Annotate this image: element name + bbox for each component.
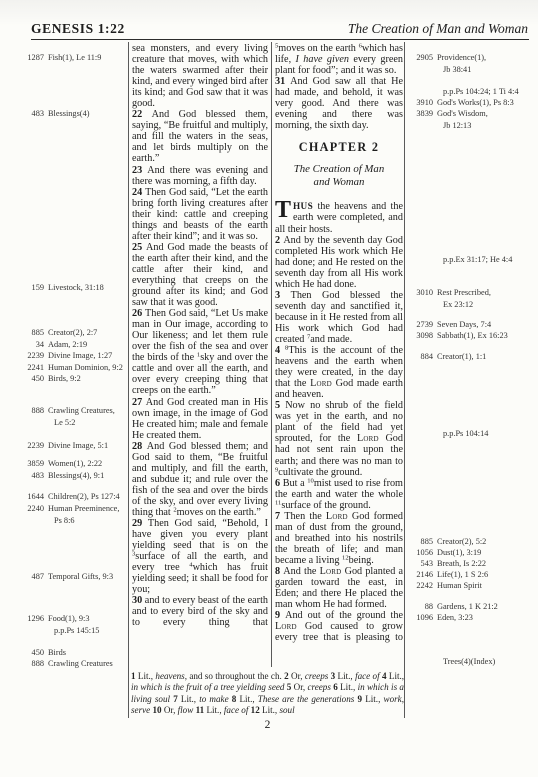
chain-reference-topic: Temporal Gifts, 9:3: [44, 572, 113, 581]
chain-reference: 88Gardens, 1 K 21:2: [406, 602, 537, 611]
drop-cap: T: [275, 201, 293, 221]
chain-reference: 1096Eden, 3:23: [406, 613, 537, 622]
chain-reference: 3910God's Works(1), Ps 8:3: [406, 98, 537, 107]
chain-reference: Trees(4)(Index): [406, 657, 537, 666]
chain-reference-number: 2241: [0, 363, 44, 372]
chain-reference: 3859Women(1), 2:22: [0, 459, 126, 468]
column2-verses-before: 5moves on the earth 6which has life, I h…: [275, 43, 403, 131]
chain-reference: 3010Rest Prescribed,: [406, 288, 537, 297]
chain-reference-number: 2239: [0, 441, 44, 450]
chain-reference-topic: p.p.Ps 145:15: [44, 626, 99, 635]
chain-reference-number: 483: [0, 471, 44, 480]
chain-reference: 450Birds: [0, 648, 126, 657]
verse-4: 4 8This is the account of the heavens an…: [275, 345, 403, 400]
chain-reference-number: 34: [0, 340, 44, 349]
chain-reference-number: 3910: [406, 98, 433, 107]
verse-27: 27 And God created man in His own image,…: [132, 397, 268, 441]
chain-reference-topic: Blessings(4), 9:1: [44, 471, 104, 480]
chain-reference-number: 2242: [406, 581, 433, 590]
verse-6: 6 But a 10mist used to rise from the ear…: [275, 478, 403, 511]
chain-reference: 1644Children(2), Ps 127:4: [0, 492, 126, 501]
chain-reference: 2905Providence(1),: [406, 53, 537, 62]
text-column-1: sea monsters, and every living creature …: [132, 43, 268, 667]
chain-reference-topic: Human Spirit: [433, 581, 482, 590]
chain-reference-topic: Life(1), 1 S 2:6: [433, 570, 488, 579]
chain-reference: 1287Fish(1), Le 11:9: [0, 53, 126, 62]
chain-reference-number: 3098: [406, 331, 433, 340]
chain-reference-number: 2239: [0, 351, 44, 360]
chain-reference-number: 88: [406, 602, 433, 611]
chain-reference-topic: Divine Image, 5:1: [44, 441, 108, 450]
chain-reference-topic: Ex 23:12: [433, 300, 473, 309]
running-head-reference: GENESIS 1:22: [31, 21, 125, 37]
chain-reference-topic: Jb 12:13: [433, 121, 471, 130]
chain-reference-number: 3859: [0, 459, 44, 468]
verse-31: 31 And God saw all that He had made, and…: [275, 76, 403, 131]
chain-reference: Ex 23:12: [406, 300, 537, 309]
chain-reference-number: 3839: [406, 109, 433, 118]
chain-reference-topic: Human Preeminence,: [44, 504, 119, 513]
chain-reference: p.p.Ps 104:24; 1 Ti 4:4: [406, 87, 537, 96]
chain-reference-topic: Birds: [44, 648, 66, 657]
verse-22: 22 And God blessed them, saying, “Be fru…: [132, 109, 268, 164]
chapter-heading: CHAPTER 2: [275, 142, 403, 153]
chain-reference: 885Creator(2), 2:7: [0, 328, 126, 337]
chain-reference-topic: Dust(1), 3:19: [433, 548, 481, 557]
bible-page: GENESIS 1:22 The Creation of Man and Wom…: [0, 0, 538, 777]
chain-reference: 487Temporal Gifts, 9:3: [0, 572, 126, 581]
chain-reference-number: 884: [406, 352, 433, 361]
chain-reference-topic: Divine Image, 1:27: [44, 351, 112, 360]
chain-reference-number: 2240: [0, 504, 44, 513]
chain-reference: 1056Dust(1), 3:19: [406, 548, 537, 557]
chain-reference-topic: Food(1), 9:3: [44, 614, 90, 623]
chain-reference-topic: Human Dominion, 9:2: [44, 363, 123, 372]
chain-reference-number: 888: [0, 659, 44, 668]
left-column-rule: [128, 42, 129, 718]
chain-reference: 483Blessings(4): [0, 109, 126, 118]
chain-reference-number: 1287: [0, 53, 44, 62]
chain-reference-number: 3010: [406, 288, 433, 297]
verse-continuation: sea monsters, and every living creature …: [132, 43, 268, 109]
chain-reference-topic: Ps 8:6: [44, 516, 75, 525]
chain-reference: p.p.Ps 145:15: [0, 626, 126, 635]
chain-reference-number: 450: [0, 374, 44, 383]
chain-reference-topic: Fish(1), Le 11:9: [44, 53, 101, 62]
chain-reference-number: 1056: [406, 548, 433, 557]
chain-reference-topic: Crawling Creatures: [44, 659, 113, 668]
chain-reference: 2242Human Spirit: [406, 581, 537, 590]
chain-reference: Jb 12:13: [406, 121, 537, 130]
chain-reference-number: 888: [0, 406, 44, 415]
chain-reference-number: 885: [406, 537, 433, 546]
chain-reference-number: 1644: [0, 492, 44, 501]
chain-reference-topic: Seven Days, 7:4: [433, 320, 491, 329]
chain-reference-topic: Adam, 2:19: [44, 340, 87, 349]
chain-reference: 1296Food(1), 9:3: [0, 614, 126, 623]
right-column-rule: [404, 42, 405, 718]
chain-reference-topic: Blessings(4): [44, 109, 90, 118]
chain-reference-number: 1096: [406, 613, 433, 622]
chain-reference: 34Adam, 2:19: [0, 340, 126, 349]
chain-reference: 450Birds, 9:2: [0, 374, 126, 383]
chain-reference-number: 885: [0, 328, 44, 337]
chain-reference-number: 2146: [406, 570, 433, 579]
column2-verses-after: THUS the heavens and the earth were comp…: [275, 201, 403, 643]
verse-1-dropcap: THUS the heavens and the earth were comp…: [275, 201, 403, 234]
chain-reference: 2146Life(1), 1 S 2:6: [406, 570, 537, 579]
chain-reference: 483Blessings(4), 9:1: [0, 471, 126, 480]
chain-reference-topic: Children(2), Ps 127:4: [44, 492, 120, 501]
verse-23: 23 And there was evening and there was m…: [132, 165, 268, 187]
chain-reference: 2239Divine Image, 1:27: [0, 351, 126, 360]
chain-reference-number: 487: [0, 572, 44, 581]
verse-9: 9 And out of the ground the Lord God cau…: [275, 610, 403, 643]
page-number: 2: [131, 719, 404, 731]
chain-reference-number: 2739: [406, 320, 433, 329]
verse-25: 25 And God made the beasts of the earth …: [132, 242, 268, 308]
chain-reference-topic: Women(1), 2:22: [44, 459, 102, 468]
chain-reference: 888Crawling Creatures: [0, 659, 126, 668]
section-title-line1: The Creation of Man: [275, 163, 403, 176]
footnotes: 1 Lit., heavens, and so throughout the c…: [131, 671, 404, 716]
chain-reference: 2240Human Preeminence,: [0, 504, 126, 513]
verse-26: 26 Then God said, “Let Us make man in Ou…: [132, 308, 268, 396]
chain-reference-topic: Trees(4)(Index): [433, 657, 495, 666]
chain-reference-topic: God's Wisdom,: [433, 109, 488, 118]
chain-reference-number: 2905: [406, 53, 433, 62]
chain-reference-number: 450: [0, 648, 44, 657]
chain-reference-topic: Gardens, 1 K 21:2: [433, 602, 498, 611]
chain-reference-number: 543: [406, 559, 433, 568]
chain-reference-topic: Creator(2), 2:7: [44, 328, 97, 337]
center-column-rule: [271, 42, 272, 667]
verse-8: 8 And the Lord God planted a garden towa…: [275, 566, 403, 610]
chain-reference: 2739Seven Days, 7:4: [406, 320, 537, 329]
chain-reference: Ps 8:6: [0, 516, 126, 525]
chain-reference: 885Creator(2), 5:2: [406, 537, 537, 546]
verse-24: 24 Then God said, “Let the earth bring f…: [132, 187, 268, 242]
verse-3: 3 Then God blessed the seventh day and s…: [275, 290, 403, 345]
verse-continuation: 5moves on the earth 6which has life, I h…: [275, 43, 403, 76]
chain-reference-number: 483: [0, 109, 44, 118]
chain-reference-topic: Creator(2), 5:2: [433, 537, 486, 546]
chain-reference: 3839God's Wisdom,: [406, 109, 537, 118]
chain-reference-topic: Eden, 3:23: [433, 613, 473, 622]
verse-2: 2 And by the seventh day God completed H…: [275, 235, 403, 290]
chain-reference-number: 159: [0, 283, 44, 292]
verse-30: 30 and to every beast of the earth and t…: [132, 595, 268, 628]
running-head: GENESIS 1:22 The Creation of Man and Wom…: [31, 21, 528, 37]
chain-reference-topic: Livestock, 31:18: [44, 283, 104, 292]
text-column-2: 5moves on the earth 6which has life, I h…: [275, 43, 403, 667]
chain-reference: p.p.Ps 104:14: [406, 429, 537, 438]
chain-reference-topic: Crawling Creatures,: [44, 406, 115, 415]
chain-reference-topic: p.p.Ps 104:24; 1 Ti 4:4: [433, 87, 519, 96]
chain-reference: p.p.Ex 31:17; He 4:4: [406, 255, 537, 264]
chain-reference-topic: Birds, 9:2: [44, 374, 81, 383]
chain-reference: 543Breath, Is 2:22: [406, 559, 537, 568]
chain-reference: 3098Sabbath(1), Ex 16:23: [406, 331, 537, 340]
chain-reference-topic: Breath, Is 2:22: [433, 559, 486, 568]
chain-reference: 884Creator(1), 1:1: [406, 352, 537, 361]
chain-reference: 159Livestock, 31:18: [0, 283, 126, 292]
chain-reference-topic: Sabbath(1), Ex 16:23: [433, 331, 508, 340]
chain-reference-topic: Rest Prescribed,: [433, 288, 491, 297]
chain-reference-topic: God's Works(1), Ps 8:3: [433, 98, 514, 107]
header-rule: [31, 39, 529, 40]
chain-reference: 2239Divine Image, 5:1: [0, 441, 126, 450]
chain-reference: Le 5:2: [0, 418, 126, 427]
section-title: The Creation of Man and Woman: [275, 163, 403, 189]
chain-reference-topic: Jb 38:41: [433, 65, 471, 74]
chain-reference: Jb 38:41: [406, 65, 537, 74]
verse-7: 7 Then the Lord God formed man of dust f…: [275, 511, 403, 566]
chain-reference-topic: p.p.Ex 31:17; He 4:4: [433, 255, 512, 264]
chain-reference: 2241Human Dominion, 9:2: [0, 363, 126, 372]
section-title-line2: and Woman: [275, 176, 403, 189]
chain-reference-number: 1296: [0, 614, 44, 623]
running-head-title: The Creation of Man and Woman: [348, 21, 528, 37]
chain-reference-topic: p.p.Ps 104:14: [433, 429, 488, 438]
verse-5: 5 Now no shrub of the field was yet in t…: [275, 400, 403, 477]
chain-reference-topic: Providence(1),: [433, 53, 486, 62]
verse-28: 28 And God blessed them; and God said to…: [132, 441, 268, 518]
chain-reference: 888Crawling Creatures,: [0, 406, 126, 415]
chain-reference-topic: Creator(1), 1:1: [433, 352, 486, 361]
chain-reference-topic: Le 5:2: [44, 418, 75, 427]
verse-29: 29 Then God said, “Behold, I have given …: [132, 518, 268, 595]
